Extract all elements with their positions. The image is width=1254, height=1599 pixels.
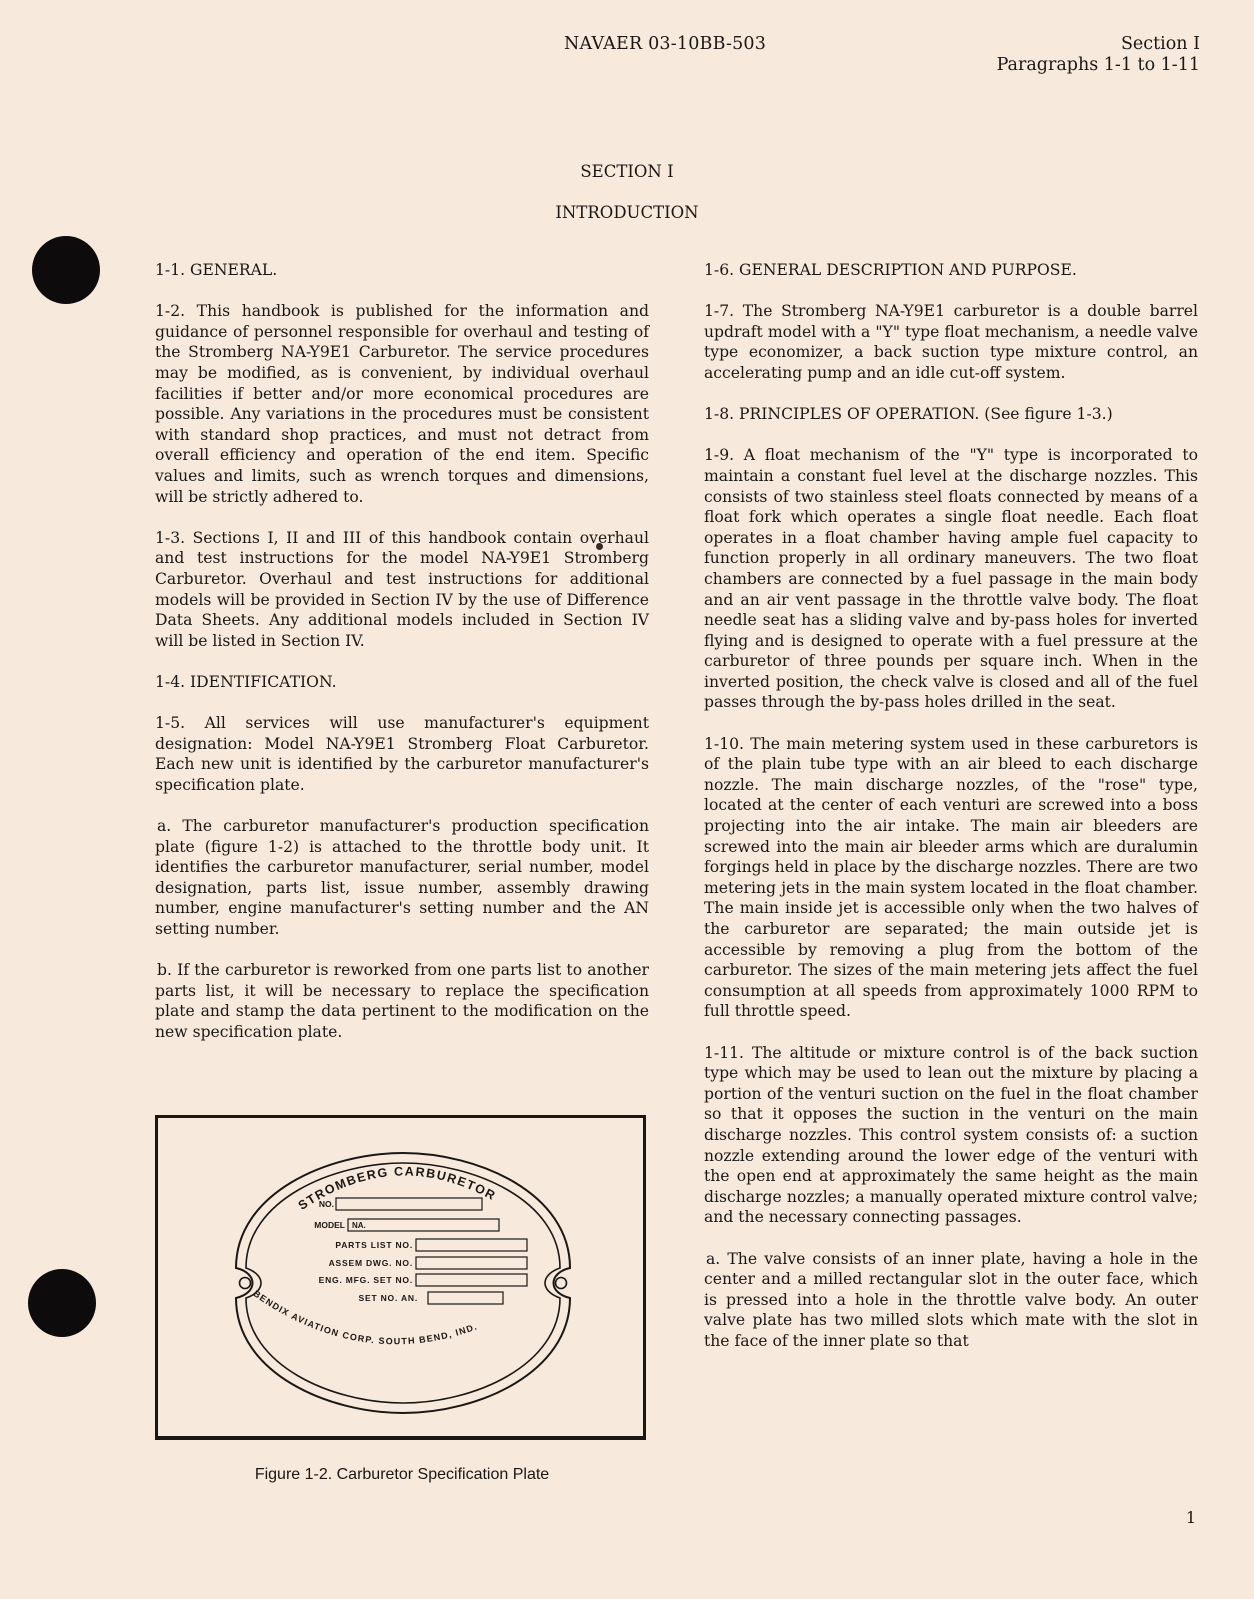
- paragraph-1-11a: a. The valve consists of an inner plate,…: [704, 1249, 1198, 1352]
- paragraph-1-5b: b. If the carburetor is reworked from on…: [155, 960, 649, 1042]
- field-box-no: [336, 1198, 482, 1210]
- paragraph-1-3: 1-3. Sections I, II and III of this hand…: [155, 528, 649, 652]
- section-subtitle: INTRODUCTION: [0, 203, 1254, 222]
- punch-hole-top: [32, 236, 100, 304]
- heading-general-description: 1-6. GENERAL DESCRIPTION AND PURPOSE.: [704, 260, 1198, 281]
- section-reference: Section I Paragraphs 1-1 to 1-11: [997, 34, 1200, 76]
- field-label-eng-mfg-set: ENG. MFG. SET NO.: [319, 1275, 413, 1285]
- heading-general: 1-1. GENERAL.: [155, 260, 649, 281]
- paragraph-1-9: 1-9. A float mechanism of the "Y" type i…: [704, 445, 1198, 713]
- field-value-model: NA.: [352, 1221, 366, 1230]
- field-box-set-no-an: [428, 1292, 503, 1304]
- field-label-parts-list: PARTS LIST NO.: [335, 1240, 413, 1250]
- field-box-parts-list: [416, 1239, 527, 1251]
- field-label-set-no-an: SET NO. AN.: [359, 1293, 419, 1303]
- paragraph-1-10: 1-10. The main metering system used in t…: [704, 734, 1198, 1022]
- mounting-hole-left: [240, 1278, 251, 1289]
- section-label: Section I: [997, 34, 1200, 55]
- figure-caption: Figure 1-2. Carburetor Specification Pla…: [155, 1466, 649, 1484]
- paragraph-1-5a: a. The carburetor manufacturer's product…: [155, 816, 649, 940]
- punch-hole-bottom: [28, 1269, 96, 1337]
- field-box-assem-dwg: [416, 1257, 527, 1269]
- heading-identification: 1-4. IDENTIFICATION.: [155, 672, 649, 693]
- field-box-eng-mfg-set: [416, 1274, 527, 1286]
- print-speck: [596, 543, 603, 550]
- heading-principles-of-operation: 1-8. PRINCIPLES OF OPERATION. (See figur…: [704, 404, 1198, 425]
- left-column: 1-1. GENERAL. 1-2. This handbook is publ…: [155, 260, 649, 1063]
- document-number: NAVAER 03-10BB-503: [564, 34, 766, 54]
- section-title: SECTION I: [0, 162, 1254, 181]
- paragraph-1-5: 1-5. All services will use manufacturer'…: [155, 713, 649, 795]
- field-label-assem-dwg: ASSEM DWG. NO.: [329, 1258, 413, 1268]
- document-page: NAVAER 03-10BB-503 Section I Paragraphs …: [0, 0, 1254, 1599]
- paragraph-range: Paragraphs 1-1 to 1-11: [997, 55, 1200, 76]
- specification-plate-drawing: STROMBERG CARBURETOR BENDIX AVIATION COR…: [158, 1118, 643, 1436]
- field-label-model: MODEL: [314, 1220, 345, 1230]
- paragraph-1-11: 1-11. The altitude or mixture control is…: [704, 1043, 1198, 1228]
- field-box-model: [348, 1219, 499, 1231]
- field-label-no: NO.: [319, 1199, 334, 1209]
- page-number: 1: [1186, 1508, 1196, 1527]
- mounting-hole-right: [556, 1278, 567, 1289]
- paragraph-1-7: 1-7. The Stromberg NA-Y9E1 carburetor is…: [704, 301, 1198, 383]
- figure-1-2: STROMBERG CARBURETOR BENDIX AVIATION COR…: [155, 1115, 646, 1440]
- paragraph-1-2: 1-2. This handbook is published for the …: [155, 301, 649, 507]
- right-column: 1-6. GENERAL DESCRIPTION AND PURPOSE. 1-…: [704, 260, 1198, 1372]
